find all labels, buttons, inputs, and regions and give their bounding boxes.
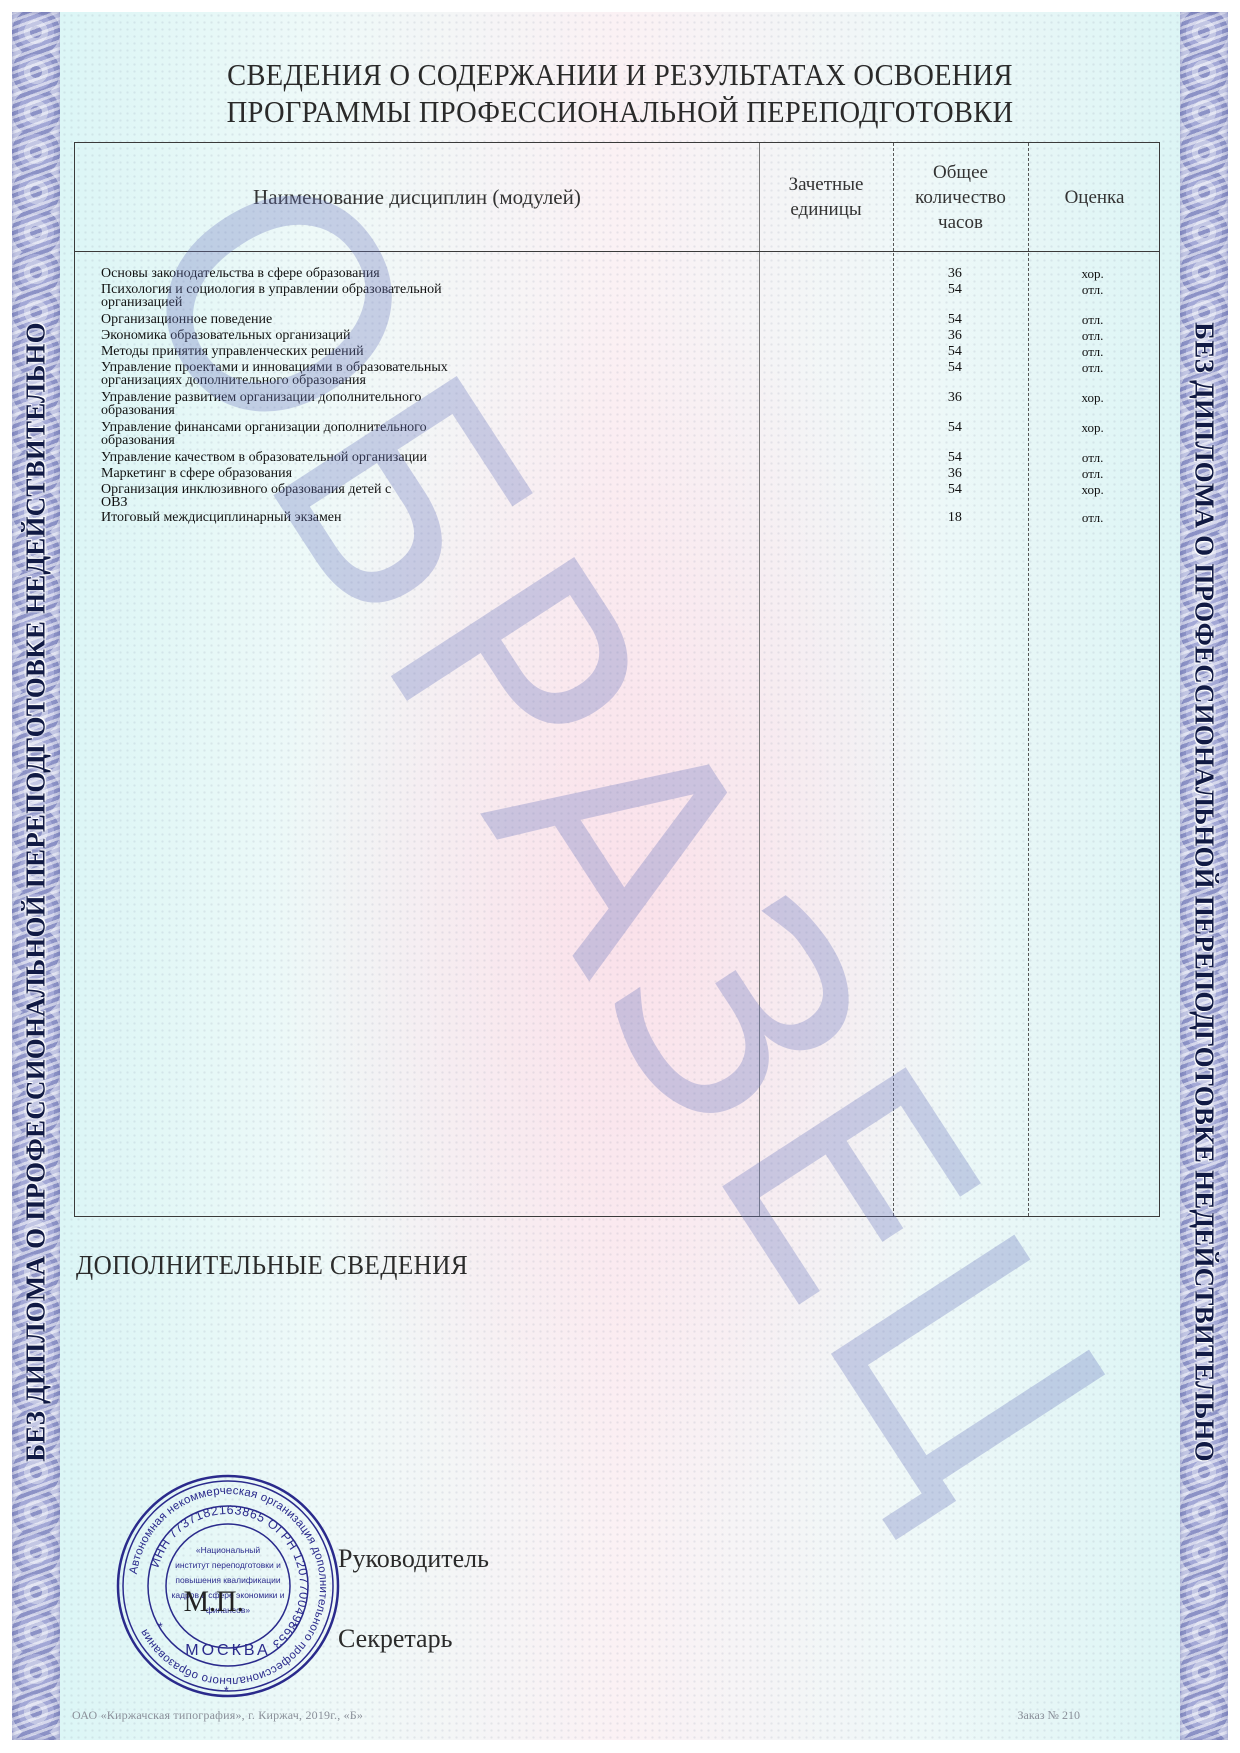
table-row: Организационное поведение 54 отл. (75, 313, 1159, 329)
order-number: Заказ № 210 (1017, 1708, 1080, 1723)
diploma-supplement-page: БЕЗ ДИПЛОМА О ПРОФЕССИОНАЛЬНОЙ ПЕРЕПОДГО… (12, 12, 1228, 1740)
discipline-grade: отл. (1026, 511, 1159, 527)
seal-place-label: М.П. (184, 1585, 244, 1619)
discipline-hours: 54 (892, 313, 1027, 329)
header-hours-line: часов (915, 210, 1006, 235)
discipline-hours: 36 (892, 329, 1027, 345)
discipline-credits (758, 421, 892, 451)
discipline-name: Маркетинг в сфере образования (101, 467, 461, 480)
discipline-credits (758, 467, 892, 483)
table-row: Экономика образовательных организаций 36… (75, 329, 1159, 345)
stamp-star: * (158, 1620, 163, 1634)
stamp-center-line: «Национальный (196, 1545, 261, 1555)
discipline-hours: 36 (892, 467, 1027, 483)
discipline-hours: 54 (892, 483, 1027, 511)
title-line-1: СВЕДЕНИЯ О СОДЕРЖАНИИ И РЕЗУЛЬТАТАХ ОСВО… (61, 56, 1180, 93)
header-credits-line: единицы (789, 197, 864, 222)
stamp-city: МОСКВА (185, 1642, 270, 1659)
table-row: Управление развитием организации дополни… (75, 391, 1159, 421)
discipline-grade: хор. (1026, 483, 1159, 511)
discipline-grade: отл. (1026, 361, 1159, 391)
discipline-credits (758, 511, 892, 527)
discipline-name: Основы законодательства в сфере образова… (101, 267, 461, 280)
discipline-credits (758, 361, 892, 391)
additional-info-title: ДОПОЛНИТЕЛЬНЫЕ СВЕДЕНИЯ (76, 1250, 468, 1281)
discipline-hours: 54 (892, 361, 1027, 391)
discipline-grade: хор. (1026, 391, 1159, 421)
discipline-name: Управление качеством в образовательной о… (101, 451, 461, 464)
discipline-grade: отл. (1026, 329, 1159, 345)
stamp-center-line: повышения квалификации (175, 1575, 280, 1585)
left-border-text: БЕЗ ДИПЛОМА О ПРОФЕССИОНАЛЬНОЙ ПЕРЕПОДГО… (21, 322, 52, 1462)
discipline-credits (758, 483, 892, 511)
table-header: Наименование дисциплин (модулей) Зачетны… (75, 143, 1159, 252)
table-row: Маркетинг в сфере образования 36 отл. (75, 467, 1159, 483)
discipline-name: Экономика образовательных организаций (101, 329, 461, 342)
secretary-signature-label: Секретарь (338, 1624, 452, 1654)
table-row: Организация инклюзивного образования дет… (75, 483, 1159, 511)
header-hours-line: Общее (915, 160, 1006, 185)
discipline-credits (758, 391, 892, 421)
discipline-credits (758, 329, 892, 345)
right-decorative-border: БЕЗ ДИПЛОМА О ПРОФЕССИОНАЛЬНОЙ ПЕРЕПОДГО… (1180, 12, 1228, 1740)
table-body: Основы законодательства в сфере образова… (75, 267, 1159, 527)
discipline-grade: отл. (1026, 283, 1159, 313)
discipline-name: Методы принятия управленческих решений (101, 345, 461, 358)
left-decorative-border: БЕЗ ДИПЛОМА О ПРОФЕССИОНАЛЬНОЙ ПЕРЕПОДГО… (12, 12, 60, 1740)
discipline-name: Управление финансами организации дополни… (101, 421, 461, 447)
table-row: Управление качеством в образовательной о… (75, 451, 1159, 467)
printer-info: ОАО «Киржачская типография», г. Киржач, … (72, 1708, 363, 1723)
page-title: СВЕДЕНИЯ О СОДЕРЖАНИИ И РЕЗУЛЬТАТАХ ОСВО… (12, 56, 1228, 130)
discipline-credits (758, 283, 892, 313)
header-total-hours: Общее количество часов (893, 143, 1028, 251)
stamp-star: * (293, 1620, 298, 1634)
discipline-grade: хор. (1026, 267, 1159, 283)
stamp-star: * (224, 1684, 229, 1698)
stamp-center-line: институт переподготовки и (175, 1560, 281, 1570)
head-signature-label: Руководитель (338, 1544, 489, 1574)
header-credits: Зачетные единицы (759, 143, 893, 251)
discipline-name: Психология и социология в управлении обр… (101, 283, 461, 309)
header-discipline-name: Наименование дисциплин (модулей) (75, 143, 759, 251)
discipline-name: Организация инклюзивного образования дет… (101, 483, 401, 509)
right-border-text: БЕЗ ДИПЛОМА О ПРОФЕССИОНАЛЬНОЙ ПЕРЕПОДГО… (1189, 322, 1220, 1462)
discipline-hours: 54 (892, 451, 1027, 467)
discipline-hours: 54 (892, 345, 1027, 361)
discipline-hours: 36 (892, 391, 1027, 421)
discipline-hours: 54 (892, 283, 1027, 313)
header-credits-line: Зачетные (789, 172, 864, 197)
table-row: Управление финансами организации дополни… (75, 421, 1159, 451)
discipline-grade: хор. (1026, 421, 1159, 451)
title-line-2: ПРОГРАММЫ ПРОФЕССИОНАЛЬНОЙ ПЕРЕПОДГОТОВК… (61, 93, 1180, 130)
discipline-grade: отл. (1026, 467, 1159, 483)
discipline-name: Управление развитием организации дополни… (101, 391, 461, 417)
table-row: Итоговый междисциплинарный экзамен 18 от… (75, 511, 1159, 527)
discipline-grade: отл. (1026, 451, 1159, 467)
header-hours-line: количество (915, 185, 1006, 210)
discipline-name: Управление проектами и инновациями в обр… (101, 361, 461, 387)
table-row: Основы законодательства в сфере образова… (75, 267, 1159, 283)
table-row: Методы принятия управленческих решений 5… (75, 345, 1159, 361)
discipline-credits (758, 267, 892, 283)
discipline-hours: 18 (892, 511, 1027, 527)
discipline-hours: 36 (892, 267, 1027, 283)
discipline-credits (758, 345, 892, 361)
discipline-grade: отл. (1026, 345, 1159, 361)
discipline-name: Итоговый междисциплинарный экзамен (101, 511, 461, 524)
table-row: Управление проектами и инновациями в обр… (75, 361, 1159, 391)
discipline-hours: 54 (892, 421, 1027, 451)
discipline-name: Организационное поведение (101, 313, 461, 326)
discipline-credits (758, 313, 892, 329)
header-grade: Оценка (1028, 143, 1161, 251)
table-row: Психология и социология в управлении обр… (75, 283, 1159, 313)
discipline-credits (758, 451, 892, 467)
discipline-grade: отл. (1026, 313, 1159, 329)
disciplines-table: Наименование дисциплин (модулей) Зачетны… (74, 142, 1160, 1217)
